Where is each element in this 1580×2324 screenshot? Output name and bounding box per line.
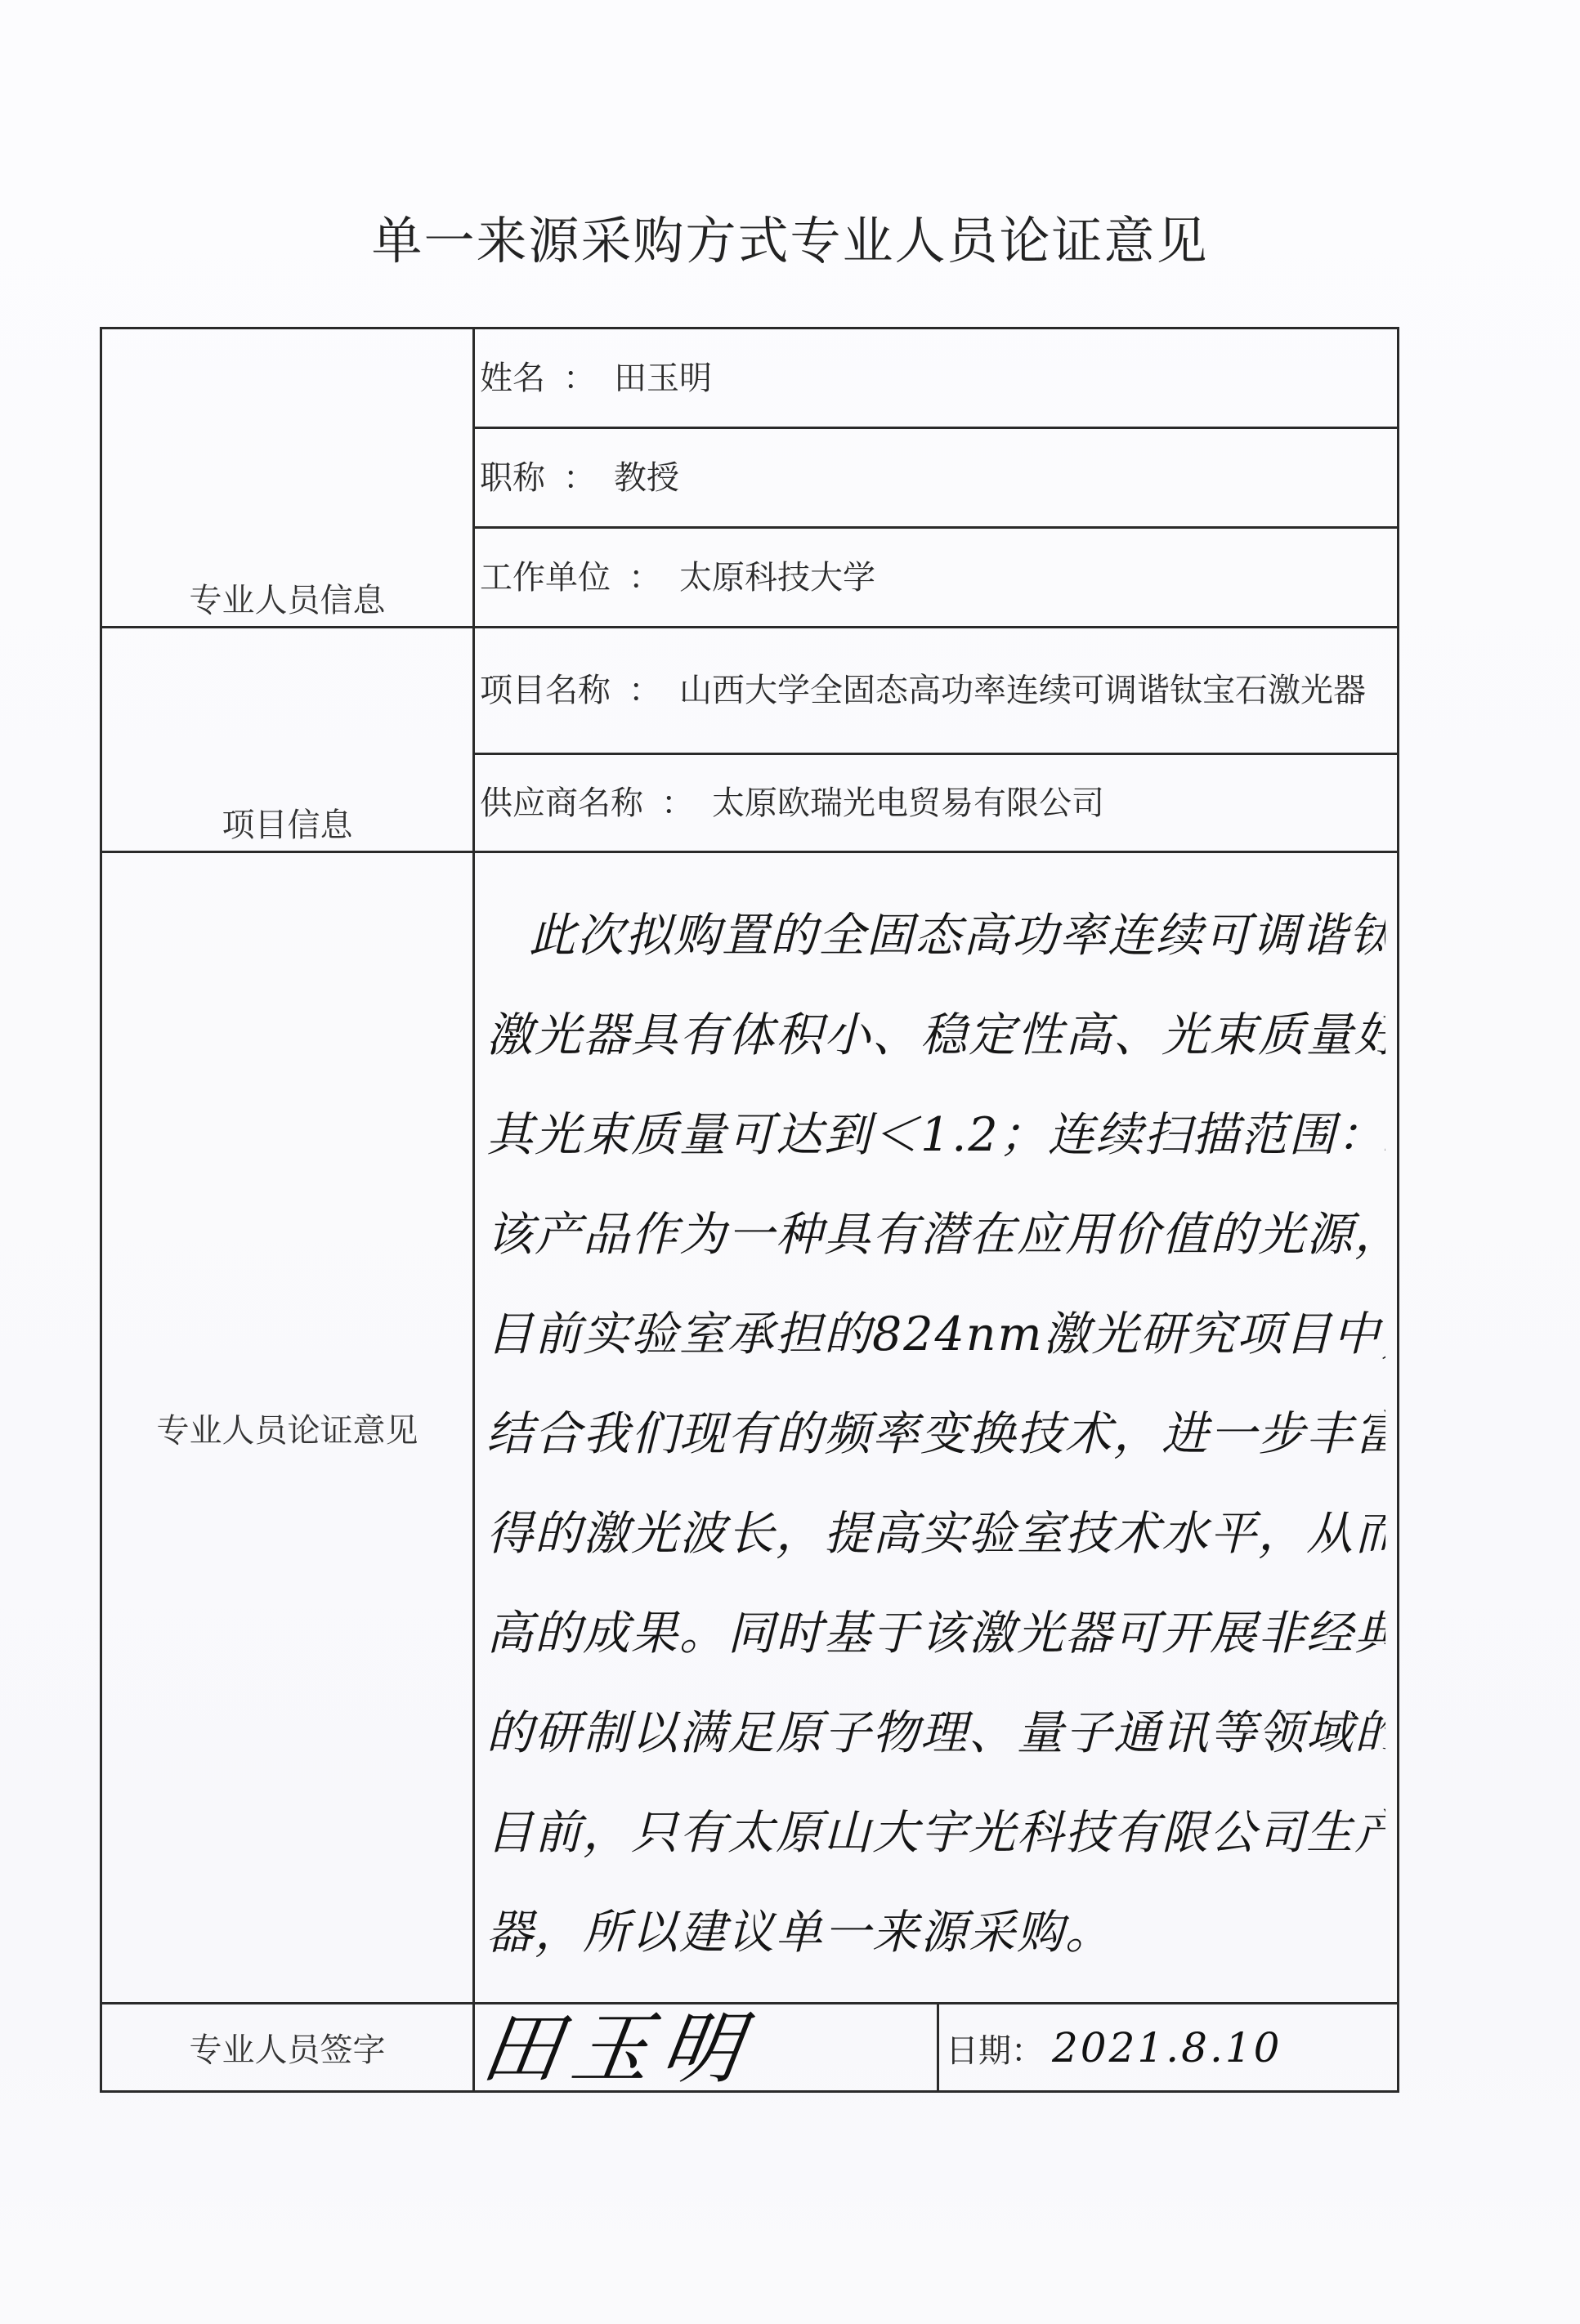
label-name: 姓名 bbox=[480, 360, 545, 397]
date-label: 日期： bbox=[946, 2032, 1044, 2070]
opinion-line: 该产品作为一种具有潜在应用价值的光源，主要用于 bbox=[486, 1185, 1385, 1285]
separator: ： bbox=[661, 784, 694, 822]
opinion-line: 激光器具有体积小、稳定性高、光束质量好等优良特性， bbox=[486, 985, 1385, 1085]
label-project-name: 项目名称 bbox=[480, 672, 611, 709]
opinion-handwritten-text: 此次拟购置的全固态高功率连续可调谐钛宝石 激光器具有体积小、稳定性高、光束质量好… bbox=[474, 852, 1399, 2004]
handwritten-date: 2021.8.10 bbox=[1052, 2024, 1282, 2071]
document-title: 单一来源采购方式专业人员论证意见 bbox=[0, 200, 1580, 273]
signature-date-cell: 田玉明 日期：2021.8.10 bbox=[474, 2004, 1399, 2092]
value-title: 教授 bbox=[614, 459, 679, 497]
section-label-opinion: 专业人员论证意见 bbox=[101, 852, 474, 2004]
opinion-line: 的研制以满足原子物理、量子通讯等领域的需求。 bbox=[486, 1683, 1385, 1783]
section-label-expert-info: 专业人员信息 bbox=[101, 328, 474, 628]
field-expert-name: 姓名：田玉明 bbox=[474, 328, 1399, 428]
row-signature: 专业人员签字 田玉明 日期：2021.8.10 bbox=[101, 2004, 1399, 2092]
opinion-line: 高的成果。同时基于该激光器可开展非经典光场 bbox=[486, 1584, 1385, 1683]
opinion-line: 器，所以建议单一来源采购。 bbox=[486, 1883, 1385, 1982]
opinion-line: 其光束质量可达到＜1.2；连续扫描范围：20GHz@795nm bbox=[486, 1085, 1385, 1185]
label-title: 职称 bbox=[480, 459, 545, 497]
field-project-name: 项目名称：山西大学全固态高功率连续可调谐钛宝石激光器 bbox=[474, 628, 1399, 754]
section-label-project-info: 项目信息 bbox=[101, 628, 474, 852]
field-supplier: 供应商名称：太原欧瑞光电贸易有限公司 bbox=[474, 754, 1399, 852]
date-box: 日期：2021.8.10 bbox=[938, 2004, 1398, 2090]
label-supplier: 供应商名称 bbox=[480, 784, 643, 822]
document-page: 单一来源采购方式专业人员论证意见 专业人员信息 姓名：田玉明 职称：教授 工作单… bbox=[0, 0, 1580, 2324]
row-opinion: 专业人员论证意见 此次拟购置的全固态高功率连续可调谐钛宝石 激光器具有体积小、稳… bbox=[101, 852, 1399, 2004]
value-unit: 太原科技大学 bbox=[679, 559, 875, 597]
separator: ： bbox=[629, 559, 661, 597]
handwritten-signature: 田玉明 bbox=[475, 1987, 760, 2098]
separator: ： bbox=[563, 360, 596, 397]
opinion-line: 此次拟购置的全固态高功率连续可调谐钛宝石 bbox=[486, 886, 1385, 985]
section-label-signature: 专业人员签字 bbox=[101, 2004, 474, 2092]
label-unit: 工作单位 bbox=[480, 559, 611, 597]
field-expert-unit: 工作单位：太原科技大学 bbox=[474, 528, 1399, 628]
opinion-line: 得的激光波长，提高实验室技术水平，从而取得更 bbox=[486, 1484, 1385, 1584]
argument-form-table: 专业人员信息 姓名：田玉明 职称：教授 工作单位：太原科技大学 项目信息 项目名… bbox=[100, 327, 1399, 2093]
signature-box: 田玉明 bbox=[475, 2004, 938, 2090]
signature-date-split: 田玉明 日期：2021.8.10 bbox=[475, 2004, 1397, 2090]
row-project-name: 项目信息 项目名称：山西大学全固态高功率连续可调谐钛宝石激光器 bbox=[101, 628, 1399, 754]
value-name: 田玉明 bbox=[614, 360, 712, 397]
value-project-name: 山西大学全固态高功率连续可调谐钛宝石激光器 bbox=[679, 672, 1366, 709]
separator: ： bbox=[563, 459, 596, 497]
opinion-line: 目前，只有太原山大宇光科技有限公司生产该类激光 bbox=[486, 1783, 1385, 1883]
value-supplier: 太原欧瑞光电贸易有限公司 bbox=[712, 784, 1104, 822]
row-expert-name: 专业人员信息 姓名：田玉明 bbox=[101, 328, 1399, 428]
field-expert-title: 职称：教授 bbox=[474, 428, 1399, 528]
handwriting-block: 此次拟购置的全固态高功率连续可调谐钛宝石 激光器具有体积小、稳定性高、光束质量好… bbox=[486, 886, 1385, 1982]
separator: ： bbox=[629, 672, 661, 709]
opinion-line: 结合我们现有的频率变换技术，进一步丰富我们获 bbox=[486, 1384, 1385, 1484]
opinion-line: 目前实验室承担的824nm激光研究项目中，还可以 bbox=[486, 1285, 1385, 1384]
